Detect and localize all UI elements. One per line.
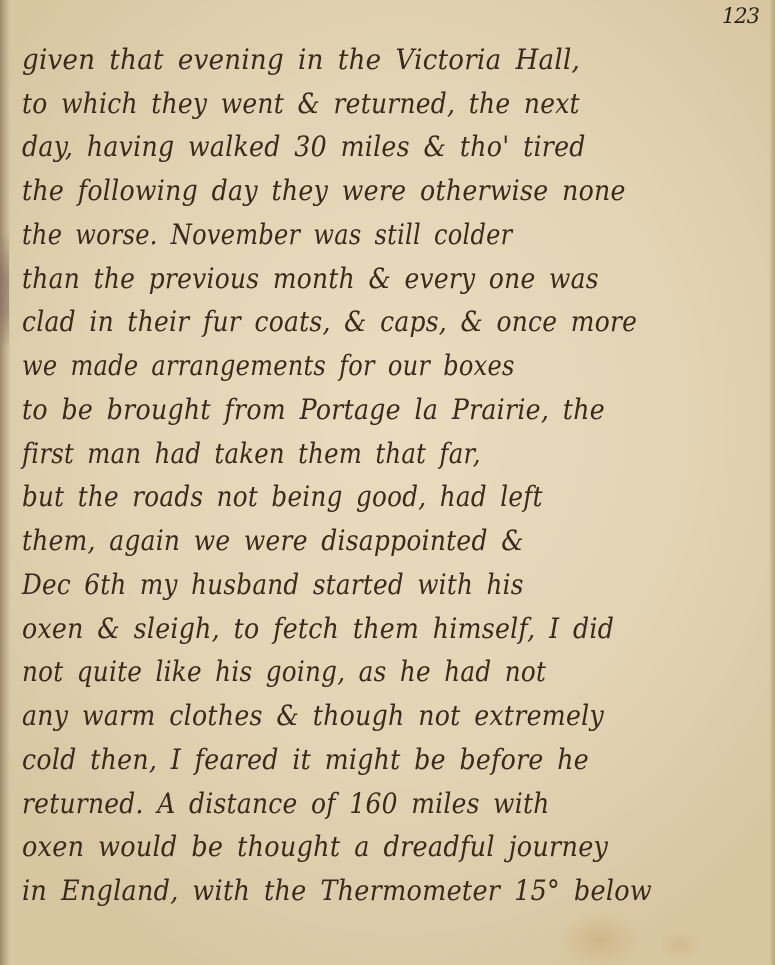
manuscript-line-10: first man had taken them that far, xyxy=(22,440,481,468)
manuscript-line-7: clad in their fur coats, & caps, & once … xyxy=(22,308,637,336)
manuscript-line-14: oxen & sleigh, to fetch them himself, I … xyxy=(22,615,614,643)
manuscript-line-8: we made arrangements for our boxes xyxy=(22,352,515,380)
manuscript-line-13: Dec 6th my husband started with his xyxy=(22,571,524,599)
manuscript-line-5: the worse. November was still colder xyxy=(22,221,512,249)
binding-edge xyxy=(0,0,10,965)
manuscript-page: 123 given that evening in the Victoria H… xyxy=(0,0,775,965)
manuscript-line-1: given that evening in the Victoria Hall, xyxy=(22,46,580,74)
manuscript-line-4: the following day they were otherwise no… xyxy=(22,177,626,205)
manuscript-line-3: day, having walked 30 miles & tho' tired xyxy=(22,133,586,161)
manuscript-line-17: cold then, I feared it might be before h… xyxy=(22,746,589,774)
manuscript-line-19: oxen would be thought a dreadful journey xyxy=(22,833,608,861)
manuscript-line-16: any warm clothes & though not extremely xyxy=(22,702,604,730)
binding-stain xyxy=(0,230,9,350)
manuscript-line-18: returned. A distance of 160 miles with xyxy=(22,790,550,818)
manuscript-line-15: not quite like his going, as he had not xyxy=(22,658,546,686)
manuscript-line-2: to which they went & returned, the next xyxy=(22,90,580,118)
manuscript-line-12: them, again we were disappointed & xyxy=(22,527,524,555)
manuscript-text: given that evening in the Victoria Hall,… xyxy=(22,0,775,965)
manuscript-line-9: to be brought from Portage la Prairie, t… xyxy=(22,396,605,424)
manuscript-line-20: in England, with the Thermometer 15° bel… xyxy=(22,877,652,905)
manuscript-line-6: than the previous month & every one was xyxy=(22,265,599,293)
manuscript-line-11: but the roads not being good, had left xyxy=(22,483,543,511)
